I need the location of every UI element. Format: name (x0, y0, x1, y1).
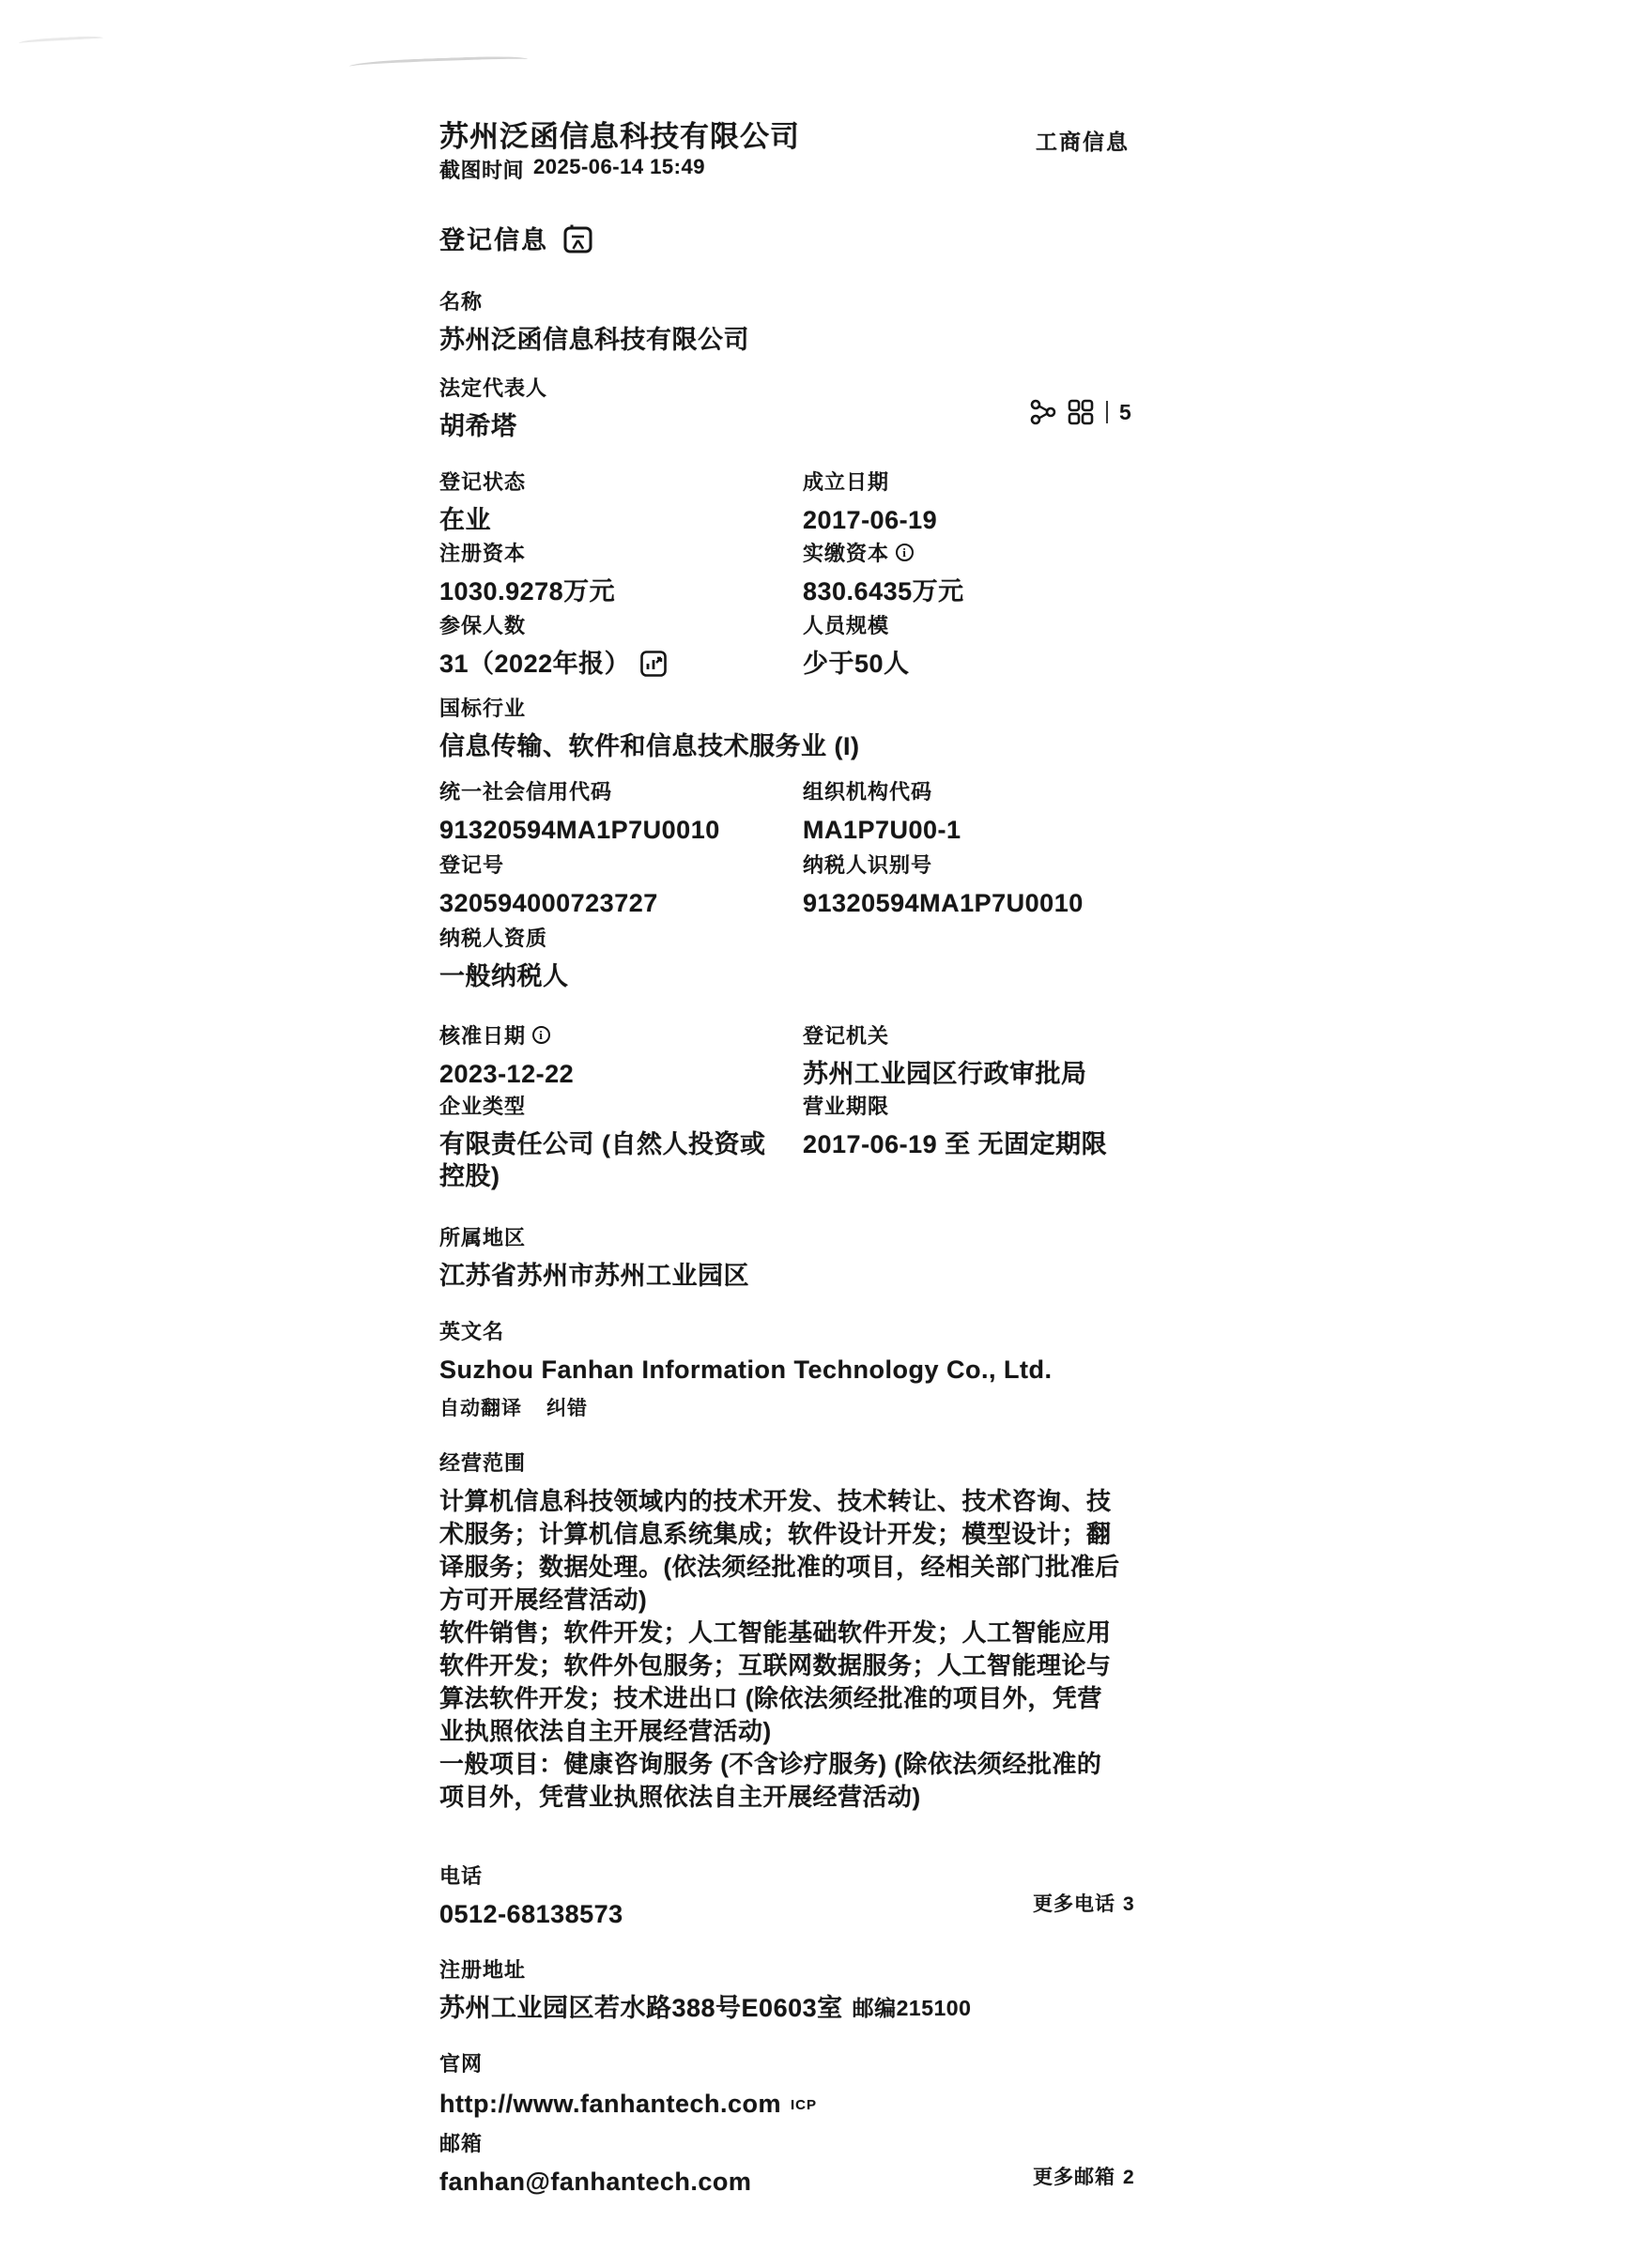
field-phone: 电话 0512-68138573 (439, 1861, 623, 1930)
field-reg-authority: 登记机关 苏州工业园区行政审批局 (803, 1020, 1087, 1090)
info-icon[interactable]: i (896, 544, 914, 561)
field-label: 经营范围 (439, 1448, 1123, 1477)
field-label-text: 核准日期 (439, 1020, 526, 1050)
field-label: 组织机构代码 (803, 776, 961, 805)
field-label: 纳税人识别号 (803, 850, 1084, 879)
field-label: 官网 (439, 2048, 817, 2077)
field-value: 苏州工业园区行政审批局 (803, 1058, 1087, 1090)
field-value: MA1P7U00-1 (803, 814, 961, 846)
field-label: 电话 (439, 1861, 623, 1890)
field-taxpayer-id: 纳税人识别号 91320594MA1P7U0010 (803, 850, 1084, 919)
field-business-scope: 经营范围 计算机信息科技领域内的技术开发、技术转让、技术咨询、技术服务；计算机信… (439, 1448, 1123, 1814)
field-label: 登记号 (439, 850, 658, 879)
insured-value: 31（2022年报） (439, 648, 630, 680)
snapshot-time: 截图时间 2025-06-14 15:49 (439, 155, 705, 184)
field-label: 成立日期 (803, 467, 937, 496)
field-label: 实缴资本 i (803, 538, 964, 567)
field-value: 2017-06-19 (803, 504, 937, 536)
website-link[interactable]: http://www.fanhantech.com (439, 2088, 781, 2120)
section-title: 登记信息 (439, 220, 548, 256)
field-label: 统一社会信用代码 (439, 776, 720, 805)
field-value: 91320594MA1P7U0010 (803, 887, 1084, 919)
more-emails-label: 更多邮箱 (1033, 2162, 1115, 2190)
field-org-code: 组织机构代码 MA1P7U00-1 (803, 776, 961, 846)
field-insured-count: 参保人数 31（2022年报） (439, 610, 668, 680)
field-value: 一般纳税人 (439, 960, 569, 992)
email-value: fanhan@fanhantech.com (439, 2166, 751, 2198)
field-credit-code: 统一社会信用代码 91320594MA1P7U0010 (439, 776, 720, 846)
snapshot-label: 截图时间 (439, 155, 524, 184)
field-label: 登记状态 (439, 467, 526, 496)
field-label: 名称 (439, 286, 749, 315)
related-count[interactable]: 5 (1119, 400, 1131, 425)
field-company-type: 企业类型 有限责任公司 (自然人投资或控股) (439, 1091, 783, 1192)
field-value: Suzhou Fanhan Information Technology Co.… (439, 1354, 1052, 1386)
scan-smudge (19, 36, 103, 48)
field-label: 邮箱 (439, 2128, 751, 2157)
auto-translate-link[interactable]: 自动翻译 (439, 1393, 522, 1421)
field-value: 在业 (439, 504, 526, 536)
field-label: 纳税人资质 (439, 923, 569, 952)
field-value: 1030.9278万元 (439, 575, 615, 607)
english-name-links: 自动翻译 纠错 (439, 1393, 1052, 1421)
field-label: 国标行业 (439, 693, 860, 722)
field-value: 苏州工业园区若水路388号E0603室 邮编215100 (439, 1992, 971, 2024)
field-staff-size: 人员规模 少于50人 (803, 610, 910, 680)
equity-graph-icon[interactable] (1029, 398, 1057, 426)
section-header: 登记信息 (439, 220, 595, 256)
field-value: 少于50人 (803, 648, 910, 680)
field-reg-number: 登记号 320594000723727 (439, 850, 658, 919)
field-value: 江苏省苏州市苏州工业园区 (439, 1260, 749, 1292)
field-label: 英文名 (439, 1316, 1052, 1345)
field-label: 营业期限 (803, 1091, 1107, 1120)
scan-smudge (349, 55, 528, 73)
field-email: 邮箱 fanhan@fanhantech.com (439, 2128, 751, 2198)
scope-paragraph: 计算机信息科技领域内的技术开发、技术转让、技术咨询、技术服务；计算机信息系统集成… (439, 1485, 1123, 1617)
field-label: 企业类型 (439, 1091, 783, 1120)
field-industry: 国标行业 信息传输、软件和信息技术服务业 (I) (439, 693, 860, 762)
field-value: 信息传输、软件和信息技术服务业 (I) (439, 730, 860, 762)
scope-paragraph: 软件销售；软件开发；人工智能基础软件开发；人工智能应用软件开发；软件外包服务；互… (439, 1617, 1123, 1748)
field-value: 830.6435万元 (803, 575, 964, 607)
field-value: 苏州泛函信息科技有限公司 (439, 324, 749, 356)
field-website: 官网 http://www.fanhantech.com ICP (439, 2048, 817, 2122)
field-label: 法定代表人 (439, 373, 547, 402)
field-reg-status: 登记状态 在业 (439, 467, 526, 536)
field-legal-rep: 法定代表人 胡希塔 (439, 373, 547, 442)
field-value: 31（2022年报） (439, 648, 668, 680)
field-label: 核准日期 i (439, 1020, 574, 1050)
postcode: 邮编215100 (853, 1992, 972, 2024)
field-paid-capital: 实缴资本 i 830.6435万元 (803, 538, 964, 607)
info-icon[interactable]: i (532, 1026, 550, 1044)
field-value: 有限责任公司 (自然人投资或控股) (439, 1128, 783, 1192)
profile-card-icon[interactable] (561, 222, 595, 255)
field-taxpayer-qualification: 纳税人资质 一般纳税人 (439, 923, 569, 992)
field-label: 登记机关 (803, 1020, 1087, 1050)
correct-link[interactable]: 纠错 (546, 1393, 588, 1421)
page-title: 苏州泛函信息科技有限公司 (439, 113, 800, 155)
legal-rep-badges: 5 (1029, 398, 1131, 426)
phone-value: 0512-68138573 (439, 1898, 623, 1930)
page-tag: 工商信息 (1036, 125, 1130, 156)
more-phones-count: 3 (1123, 1893, 1135, 1916)
field-address: 注册地址 苏州工业园区若水路388号E0603室 邮编215100 (439, 1954, 971, 2024)
more-phones-link[interactable]: 更多电话 3 (1033, 1889, 1135, 1917)
field-establish-date: 成立日期 2017-06-19 (803, 467, 937, 536)
legal-rep-name[interactable]: 胡希塔 (439, 410, 547, 442)
field-label: 人员规模 (803, 610, 910, 639)
snapshot-value: 2025-06-14 15:49 (533, 155, 705, 184)
relation-grid-icon[interactable] (1067, 398, 1095, 426)
field-label: 注册地址 (439, 1954, 971, 1984)
field-value: 2023-12-22 (439, 1058, 574, 1090)
icp-badge[interactable]: ICP (791, 2090, 817, 2122)
field-approval-date: 核准日期 i 2023-12-22 (439, 1020, 574, 1090)
field-label: 注册资本 (439, 538, 615, 567)
field-label-text: 实缴资本 (803, 538, 889, 567)
field-value: 2017-06-19 至 无固定期限 (803, 1128, 1107, 1160)
address-value: 苏州工业园区若水路388号E0603室 (439, 1992, 843, 2024)
field-label: 所属地区 (439, 1222, 749, 1251)
business-scope-text: 计算机信息科技领域内的技术开发、技术转让、技术咨询、技术服务；计算机信息系统集成… (439, 1485, 1123, 1814)
badge-divider (1106, 401, 1108, 423)
more-phones-label: 更多电话 (1033, 1889, 1115, 1917)
trend-chart-icon[interactable] (639, 650, 668, 678)
field-name: 名称 苏州泛函信息科技有限公司 (439, 286, 749, 356)
scope-paragraph: 一般项目：健康咨询服务 (不含诊疗服务) (除依法须经批准的项目外，凭营业执照依… (439, 1748, 1123, 1814)
field-english-name: 英文名 Suzhou Fanhan Information Technology… (439, 1316, 1052, 1421)
field-value: 320594000723727 (439, 887, 658, 919)
more-emails-count: 2 (1123, 2167, 1135, 2189)
field-region: 所属地区 江苏省苏州市苏州工业园区 (439, 1222, 749, 1292)
field-value: http://www.fanhantech.com ICP (439, 2086, 817, 2122)
field-label: 参保人数 (439, 610, 668, 639)
field-business-term: 营业期限 2017-06-19 至 无固定期限 (803, 1091, 1107, 1160)
more-emails-link[interactable]: 更多邮箱 2 (1033, 2162, 1135, 2190)
field-value: 91320594MA1P7U0010 (439, 814, 720, 846)
scanned-page: 苏州泛函信息科技有限公司 截图时间 2025-06-14 15:49 工商信息 … (0, 0, 1630, 2268)
field-reg-capital: 注册资本 1030.9278万元 (439, 538, 615, 607)
